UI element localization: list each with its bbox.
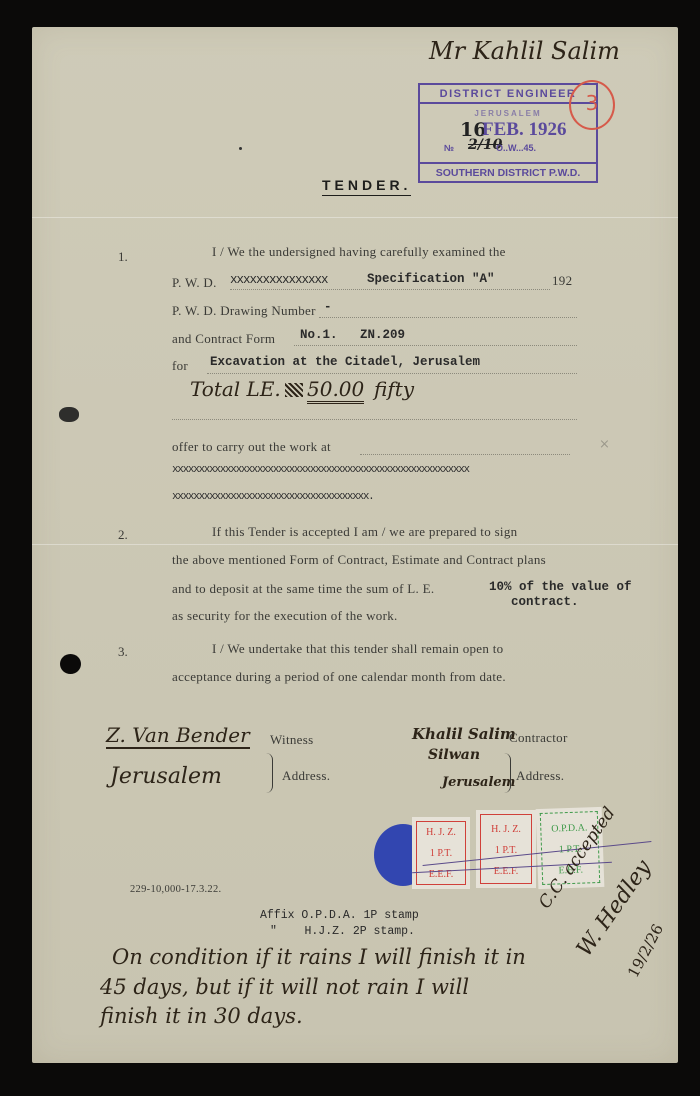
contractor-address-label: Address. [516,768,564,784]
handwritten-condition-line-2: 45 days, but if it will not rain I will [100,975,469,999]
total-handwritten-label: Total LE. [190,377,281,401]
drawing-number-label: P. W. D. Drawing Number [172,303,316,319]
deposit-value-continued: contract. [511,595,579,609]
contractor-label: Contractor [509,730,568,746]
deposit-value: 10% of the value of [489,580,632,594]
pwd-estimate-struck: xxxxxxxxxxxxxxx [230,273,328,287]
drawing-number-value: - [324,300,332,314]
specification-value: Specification "A" [367,272,495,286]
stamp-district: SOUTHERN DISTRICT P.W.D. [420,162,596,179]
clause-1-number: 1. [118,249,128,265]
clause-2-line-2: the above mentioned Form of Contract, Es… [172,552,546,568]
handwritten-header-name: Mr Kahlil Salim [429,37,620,65]
postage-stamp-hjz-1: H. J. Z. 1 P.T. E.E.F. [412,817,470,889]
affix-note-2: " H.J.Z. 2P stamp. [270,925,415,938]
stamp-number: O..W...45. [496,143,536,153]
ink-blot [59,407,79,422]
fill-line [207,373,577,374]
offer-label: offer to carry out the work at [172,439,331,455]
tender-document-page: Mr Kahlil Salim DISTRICT ENGINEER JERUSA… [32,27,678,1063]
address-brace [266,753,273,793]
stamp-number-label: № [444,143,454,153]
affix-note-1: Affix O.P.D.A. 1P stamp [260,909,419,922]
fill-line [319,317,577,318]
handwritten-condition-line-1: On condition if it rains I will finish i… [112,945,526,969]
fill-line [172,419,577,420]
scribbled-out-mark [285,383,303,397]
page-title: TENDER. [322,177,411,196]
struck-out-line-2: xxxxxxxxxxxxxxxxxxxxxxxxxxxxxxxxxxxxx. [172,491,373,503]
clause-3-line-1: I / We undertake that this tender shall … [212,641,503,657]
postage-stamp-hjz-2: H. J. Z. 1 P.T. E.E.F. [476,810,536,888]
paper-fold-line [32,217,678,218]
clause-2-line-4: as security for the execution of the wor… [172,608,398,624]
contract-form-value: No.1. ZN.209 [300,328,405,342]
address-brace [504,753,511,793]
for-label: for [172,358,188,374]
work-description: Excavation at the Citadel, Jerusalem [210,355,480,369]
witness-address: Jerusalem [110,764,222,789]
total-amount-words: fifty [374,377,414,401]
stamp-text: E.E.F. [417,864,465,885]
contractor-signature: Khalil Salim [412,725,516,743]
red-pencil-circle-mark: 3 [569,80,615,130]
clause-1-line-1: I / We the undersigned having carefully … [212,244,506,260]
approval-date: 19/2/26 [624,921,667,981]
struck-out-line-1: xxxxxxxxxxxxxxxxxxxxxxxxxxxxxxxxxxxxxxxx… [172,464,469,476]
pwd-estimate-label: P. W. D. [172,275,217,291]
fill-line [230,289,550,290]
year-prefix: 192 [552,273,572,289]
fill-line [360,454,570,455]
clause-3-line-2: acceptance during a period of one calend… [172,669,506,685]
stamp-text: E.E.F. [481,861,531,882]
clause-2-line-3: and to deposit at the same time the sum … [172,581,434,597]
contractor-address-line-1: Silwan [428,747,480,763]
ink-dot [239,147,242,150]
print-code: 229-10,000-17.3.22. [130,884,221,895]
clause-2-line-1: If this Tender is accepted I am / we are… [212,524,517,540]
clause-2-number: 2. [118,527,128,543]
witness-signature: Z. Van Bender [106,723,250,749]
paper-fold-line [32,544,678,545]
witness-address-label: Address. [282,768,330,784]
stamp-text: H. J. Z. [481,819,531,840]
handwritten-condition-line-3: finish it in 30 days. [100,1004,303,1028]
witness-label: Witness [270,732,313,748]
punch-hole [60,654,81,674]
clause-3-number: 3. [118,644,128,660]
x-mark: × [599,437,610,452]
stamp-text: H. J. Z. [417,822,465,843]
fill-line [294,345,577,346]
contract-form-label: and Contract Form [172,331,275,347]
total-amount: 50.00 [307,377,364,404]
